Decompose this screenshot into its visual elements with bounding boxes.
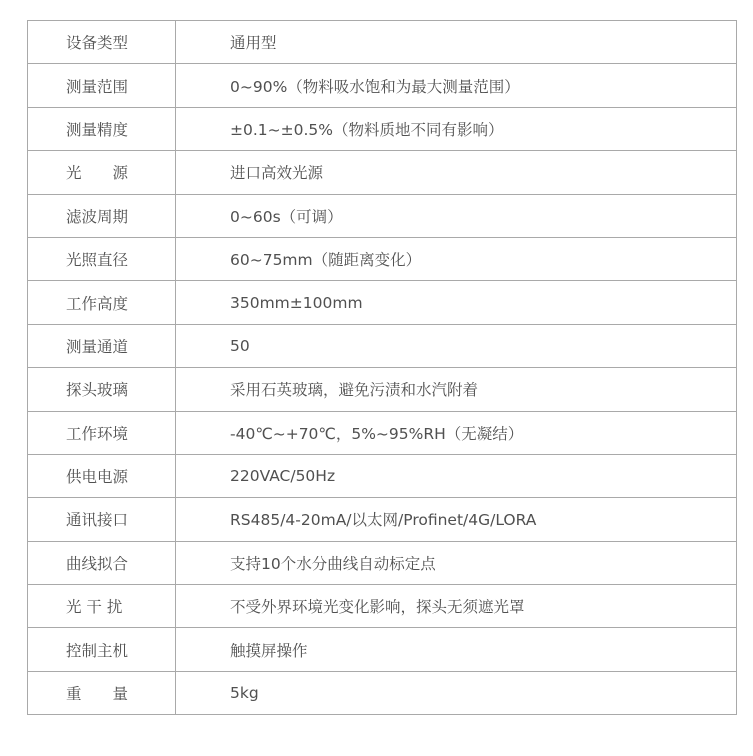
- spec-label: 光 源: [28, 151, 176, 194]
- spec-value: 50: [176, 324, 737, 367]
- table-row: 测量精度±0.1~±0.5%（物料质地不同有影响）: [28, 107, 737, 150]
- table-row: 设备类型通用型: [28, 21, 737, 64]
- table-row: 光 源进口高效光源: [28, 151, 737, 194]
- table-row: 通讯接口RS485/4-20mA/以太网/Profinet/4G/LORA: [28, 498, 737, 541]
- table-row: 探头玻璃采用石英玻璃，避免污渍和水汽附着: [28, 368, 737, 411]
- spec-label: 控制主机: [28, 628, 176, 671]
- spec-value: 采用石英玻璃，避免污渍和水汽附着: [176, 368, 737, 411]
- spec-label: 工作环境: [28, 411, 176, 454]
- spec-label: 光照直径: [28, 237, 176, 280]
- table-row: 控制主机触摸屏操作: [28, 628, 737, 671]
- spec-value: 通用型: [176, 21, 737, 64]
- spec-label: 设备类型: [28, 21, 176, 64]
- spec-value: 5kg: [176, 671, 737, 714]
- spec-value: ±0.1~±0.5%（物料质地不同有影响）: [176, 107, 737, 150]
- spec-label: 测量范围: [28, 64, 176, 107]
- spec-value: 350mm±100mm: [176, 281, 737, 324]
- table-row: 重 量5kg: [28, 671, 737, 714]
- spec-label: 测量通道: [28, 324, 176, 367]
- spec-label: 工作高度: [28, 281, 176, 324]
- table-row: 光照直径60~75mm（随距离变化）: [28, 237, 737, 280]
- table-row: 光 干 扰不受外界环境光变化影响，探头无须遮光罩: [28, 585, 737, 628]
- spec-value: 0~60s（可调）: [176, 194, 737, 237]
- spec-table: 设备类型通用型测量范围0~90%（物料吸水饱和为最大测量范围）测量精度±0.1~…: [27, 20, 737, 715]
- spec-value: 不受外界环境光变化影响，探头无须遮光罩: [176, 585, 737, 628]
- table-row: 测量通道50: [28, 324, 737, 367]
- spec-table-body: 设备类型通用型测量范围0~90%（物料吸水饱和为最大测量范围）测量精度±0.1~…: [28, 21, 737, 715]
- table-row: 工作环境-40℃~+70℃，5%~95%RH（无凝结）: [28, 411, 737, 454]
- spec-value: 支持10个水分曲线自动标定点: [176, 541, 737, 584]
- spec-label: 曲线拟合: [28, 541, 176, 584]
- spec-value: 60~75mm（随距离变化）: [176, 237, 737, 280]
- table-row: 供电电源220VAC/50Hz: [28, 454, 737, 497]
- spec-value: -40℃~+70℃，5%~95%RH（无凝结）: [176, 411, 737, 454]
- spec-label: 滤波周期: [28, 194, 176, 237]
- spec-label: 探头玻璃: [28, 368, 176, 411]
- spec-label: 光 干 扰: [28, 585, 176, 628]
- spec-value: 0~90%（物料吸水饱和为最大测量范围）: [176, 64, 737, 107]
- table-row: 曲线拟合支持10个水分曲线自动标定点: [28, 541, 737, 584]
- spec-value: 220VAC/50Hz: [176, 454, 737, 497]
- spec-value: 进口高效光源: [176, 151, 737, 194]
- spec-label: 通讯接口: [28, 498, 176, 541]
- spec-label: 测量精度: [28, 107, 176, 150]
- table-row: 工作高度350mm±100mm: [28, 281, 737, 324]
- spec-label: 重 量: [28, 671, 176, 714]
- table-row: 滤波周期0~60s（可调）: [28, 194, 737, 237]
- spec-value: RS485/4-20mA/以太网/Profinet/4G/LORA: [176, 498, 737, 541]
- table-row: 测量范围0~90%（物料吸水饱和为最大测量范围）: [28, 64, 737, 107]
- spec-label: 供电电源: [28, 454, 176, 497]
- spec-value: 触摸屏操作: [176, 628, 737, 671]
